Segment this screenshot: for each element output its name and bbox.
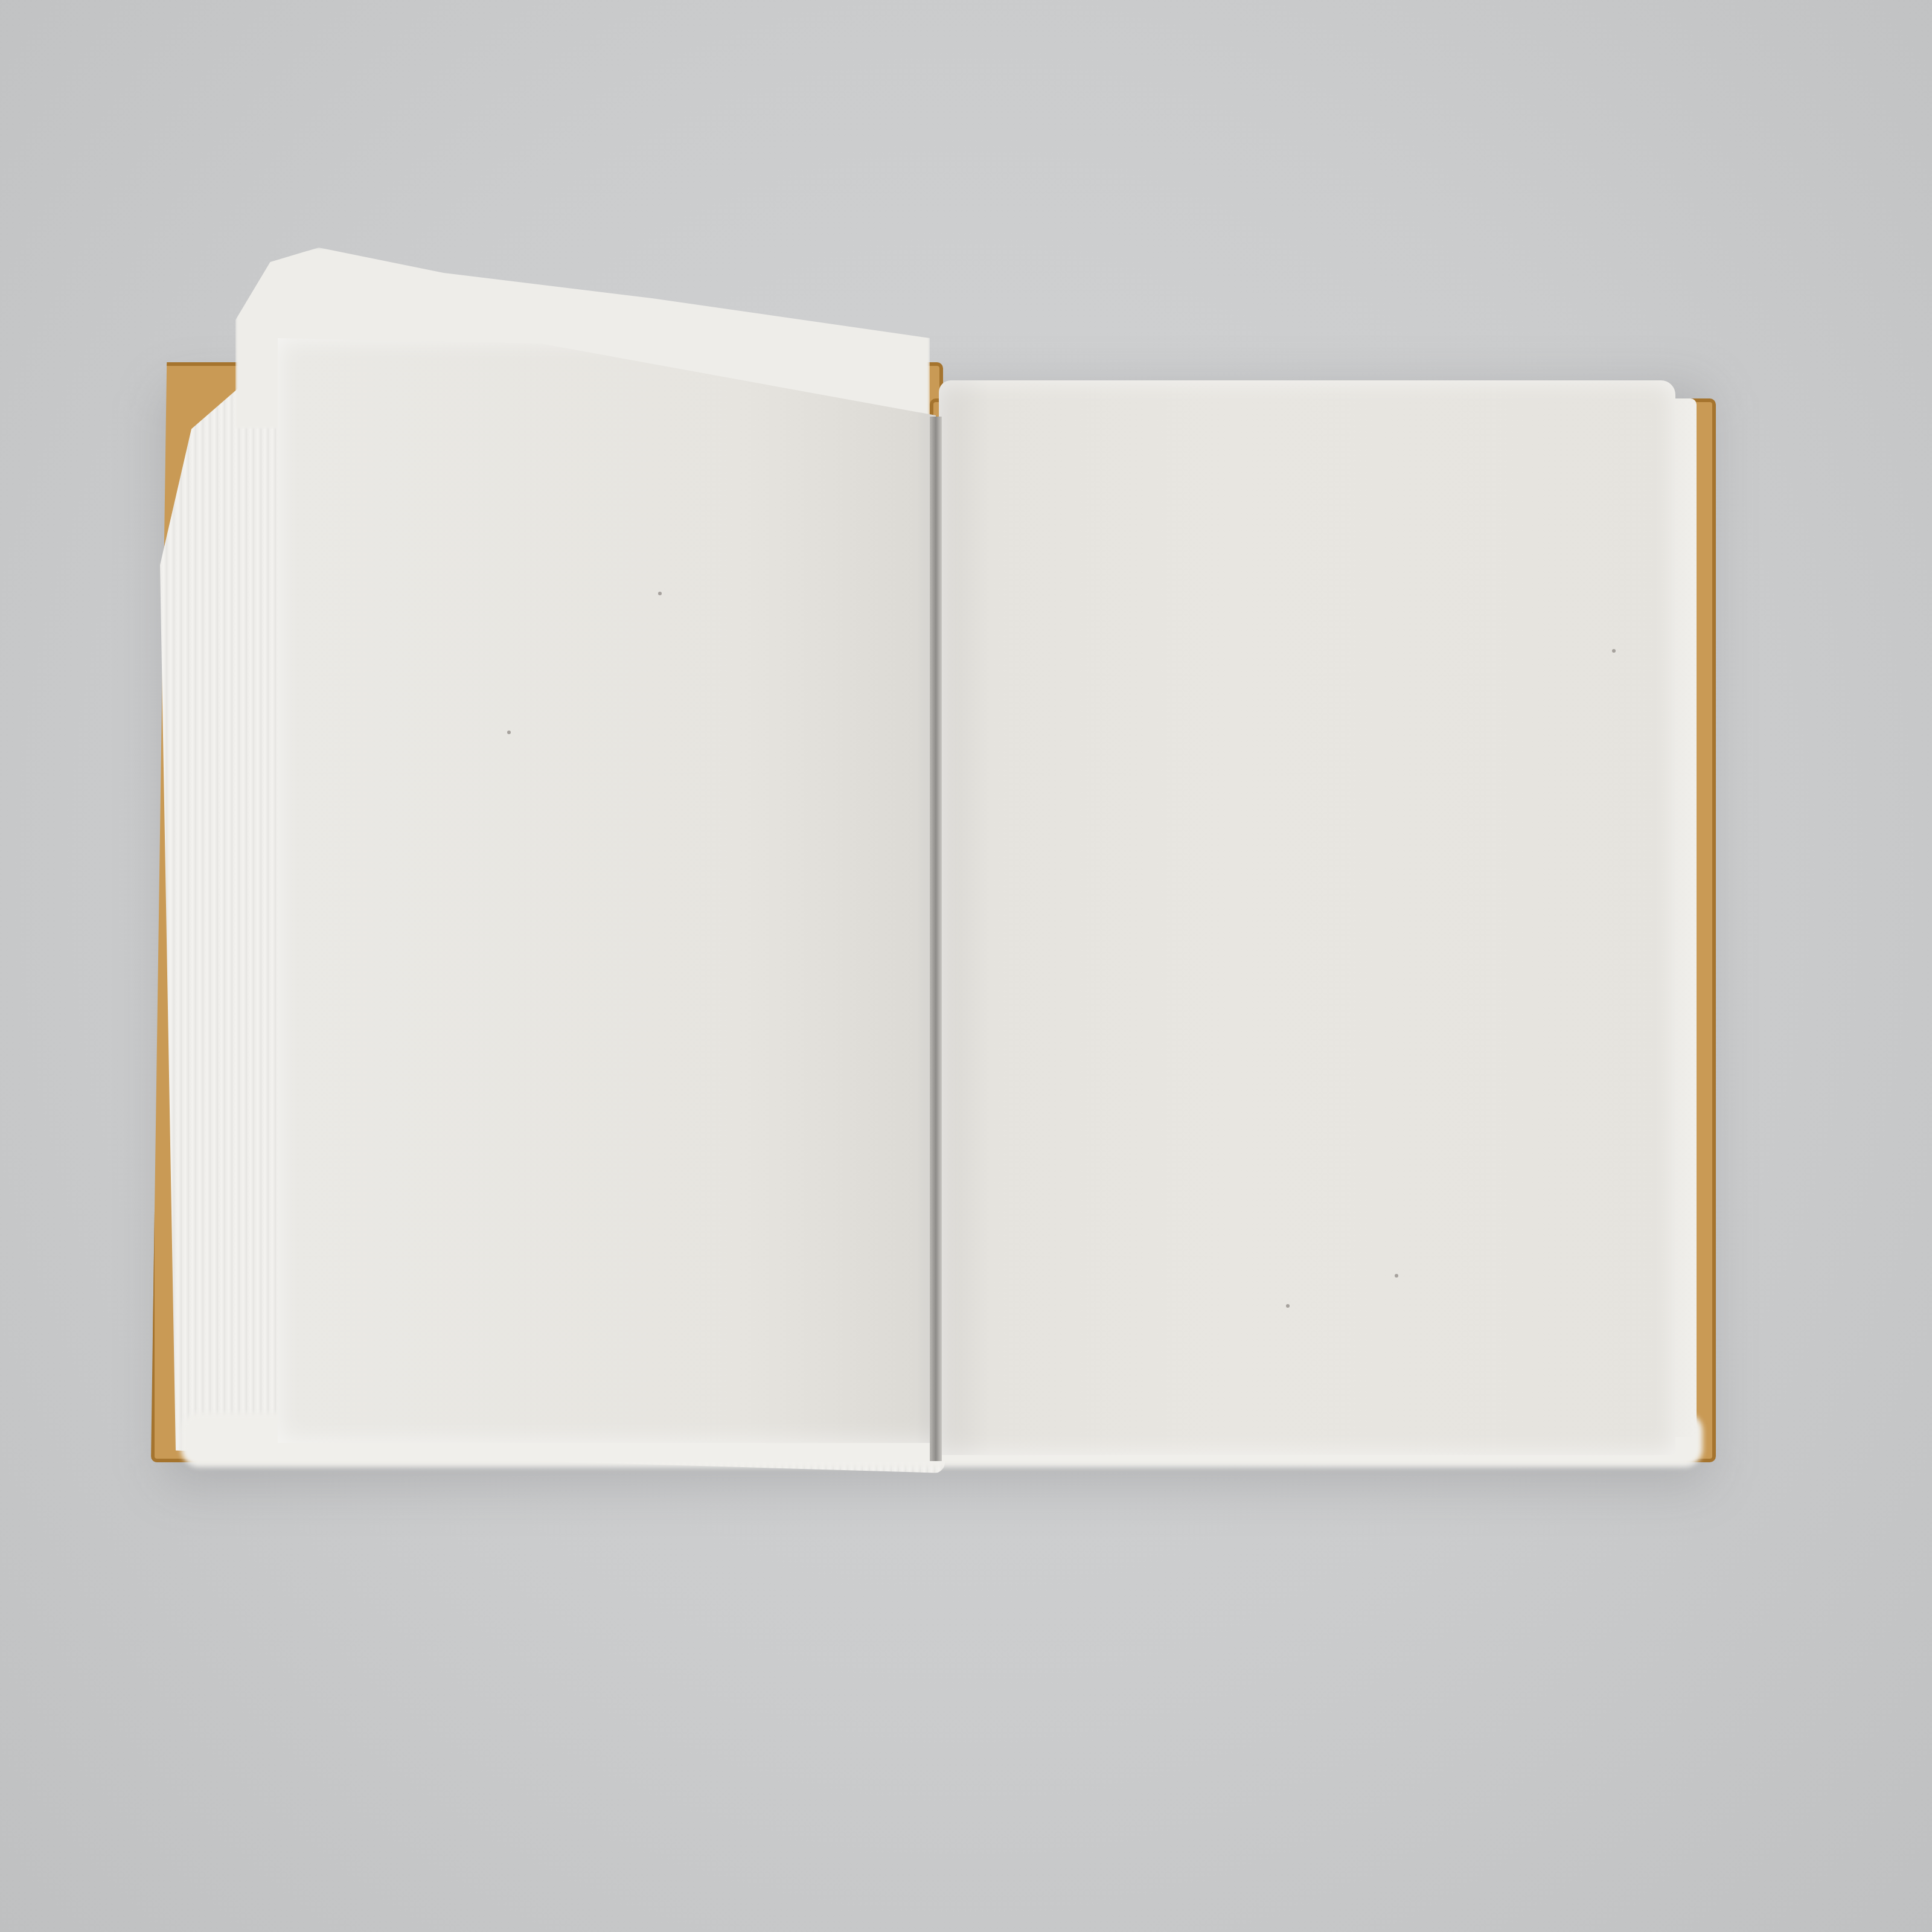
photo-scene	[0, 0, 1932, 1932]
paper-fiber-speck	[1612, 649, 1616, 653]
blank-page-right	[939, 380, 1675, 1455]
paper-fiber-speck	[658, 592, 662, 595]
blank-page-left	[278, 338, 936, 1443]
paper-fiber-speck	[507, 731, 511, 734]
book-gutter	[930, 417, 942, 1461]
paper-fiber-speck	[1286, 1304, 1290, 1308]
paper-fiber-speck	[1395, 1274, 1398, 1278]
